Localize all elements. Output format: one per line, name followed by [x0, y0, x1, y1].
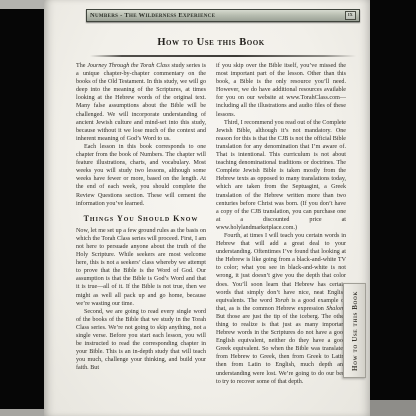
- section-heading: Things You Should Know: [76, 215, 206, 223]
- scan-background: Numbers - The Wilderness Experience ix H…: [0, 0, 416, 416]
- book-title: Numbers - The Wilderness Experience: [90, 12, 215, 19]
- chapter-title: How to Use this Book: [56, 37, 366, 48]
- paragraph: Each lesson in this book corresponds to …: [76, 143, 206, 208]
- paragraph: if you skip over the Bible itself, you’v…: [216, 62, 346, 119]
- body-columns: The Journey Through the Torah Class stud…: [76, 62, 346, 386]
- running-header: Numbers - The Wilderness Experience ix: [86, 9, 360, 22]
- right-column: if you skip over the Bible itself, you’v…: [216, 62, 346, 386]
- page-number: ix: [345, 11, 356, 20]
- paragraph: Third, I recommend you read out of the C…: [216, 119, 346, 232]
- scan-artifact: [0, 0, 44, 9]
- paragraph: Now, let me set up a few ground rules as…: [76, 227, 206, 308]
- paragraph: The Journey Through the Torah Class stud…: [76, 62, 206, 143]
- scan-artifact: [0, 409, 44, 416]
- paragraph: Fourth, at times I will teach you certai…: [216, 232, 346, 386]
- scan-artifact: [370, 400, 416, 416]
- chapter-thumb-tab-label: How to Use this Book: [351, 291, 359, 371]
- title-rule: [90, 55, 356, 57]
- chapter-thumb-tab: How to Use this Book: [343, 283, 366, 378]
- book-page: Numbers - The Wilderness Experience ix H…: [44, 0, 370, 416]
- paragraph: Second, we are going to read every singl…: [76, 308, 206, 373]
- left-column: The Journey Through the Torah Class stud…: [76, 62, 206, 386]
